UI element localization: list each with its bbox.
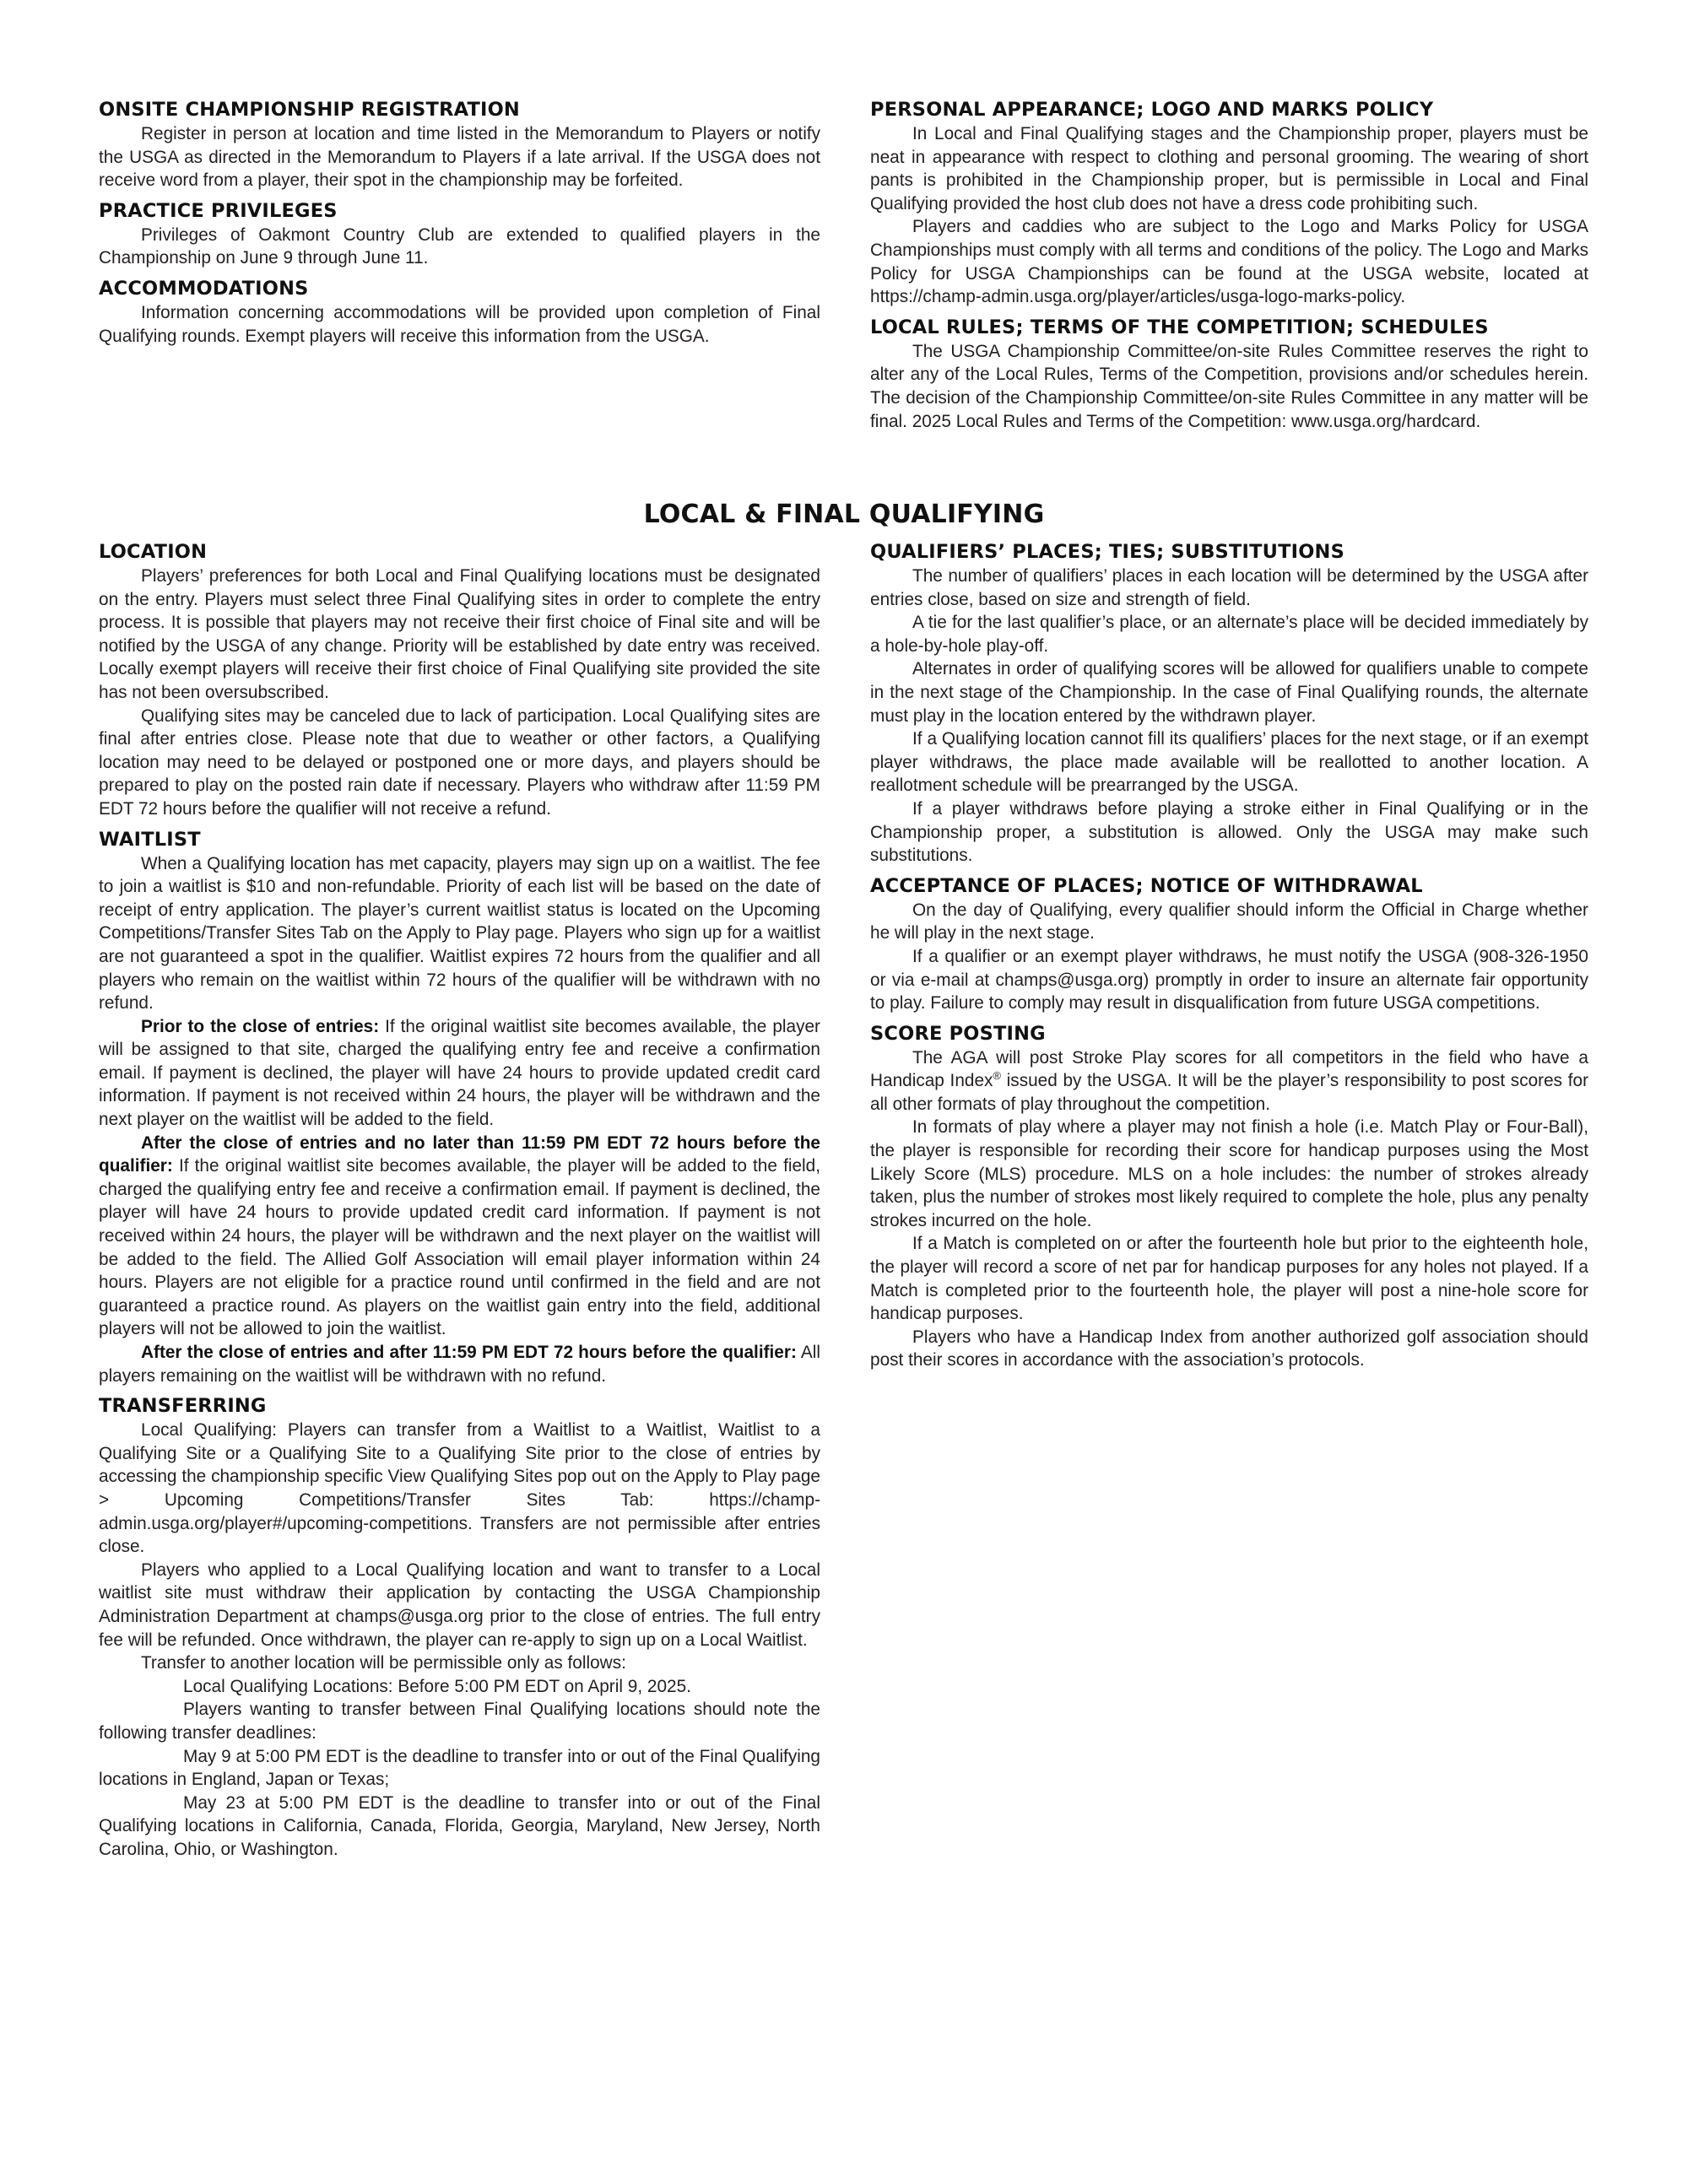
section-heading: PRACTICE PRIVILEGES: [99, 199, 820, 223]
section-waitlist: WAITLIST When a Qualifying location has …: [99, 828, 820, 1388]
section-paragraph: Players who have a Handicap Index from a…: [870, 1326, 1588, 1372]
section-paragraph: When a Qualifying location has met capac…: [99, 852, 820, 1015]
section-paragraph: In formats of play where a player may no…: [870, 1116, 1588, 1232]
section-heading: ACCEPTANCE OF PLACES; NOTICE OF WITHDRAW…: [870, 874, 1588, 898]
section-heading: LOCATION: [99, 540, 820, 564]
section-location: LOCATION Players’ preferences for both L…: [99, 540, 820, 821]
section-qualifiers-places: QUALIFIERS’ PLACES; TIES; SUBSTITUTIONS …: [870, 540, 1588, 868]
section-heading: QUALIFIERS’ PLACES; TIES; SUBSTITUTIONS: [870, 540, 1588, 564]
section-paragraph: On the day of Qualifying, every qualifie…: [870, 899, 1588, 945]
section-accommodations: ACCOMMODATIONS Information concerning ac…: [99, 277, 820, 348]
section-paragraph: A tie for the last qualifier’s place, or…: [870, 611, 1588, 657]
registered-mark: ®: [993, 1069, 1001, 1082]
paragraph-body: If the original waitlist site becomes av…: [99, 1156, 820, 1338]
section-personal-appearance: PERSONAL APPEARANCE; LOGO AND MARKS POLI…: [870, 98, 1588, 309]
section-paragraph: If a player withdraws before playing a s…: [870, 797, 1588, 868]
section-paragraph: Players’ preferences for both Local and …: [99, 565, 820, 705]
section-onsite-registration: ONSITE CHAMPIONSHIP REGISTRATION Registe…: [99, 98, 820, 192]
bottom-right-column: QUALIFIERS’ PLACES; TIES; SUBSTITUTIONS …: [870, 540, 1588, 1379]
section-paragraph: In Local and Final Qualifying stages and…: [870, 122, 1588, 215]
section-practice-privileges: PRACTICE PRIVILEGES Privileges of Oakmon…: [99, 199, 820, 270]
section-paragraph: After the close of entries and no later …: [99, 1132, 820, 1341]
section-paragraph: Local Qualifying Locations: Before 5:00 …: [99, 1675, 820, 1699]
paragraph-lead-bold: After the close of entries and after 11:…: [141, 1343, 797, 1362]
section-heading: LOCAL RULES; TERMS OF THE COMPETITION; S…: [870, 316, 1588, 339]
section-paragraph: Privileges of Oakmont Country Club are e…: [99, 224, 820, 270]
bottom-left-column: LOCATION Players’ preferences for both L…: [99, 540, 820, 1868]
section-paragraph: Players and caddies who are subject to t…: [870, 215, 1588, 308]
section-paragraph: The USGA Championship Committee/on-site …: [870, 340, 1588, 433]
section-paragraph: If a Match is completed on or after the …: [870, 1232, 1588, 1325]
section-transferring: TRANSFERRING Local Qualifying: Players c…: [99, 1394, 820, 1861]
section-paragraph: Players who applied to a Local Qualifyin…: [99, 1559, 820, 1652]
section-paragraph: Alternates in order of qualifying scores…: [870, 657, 1588, 727]
section-heading: ONSITE CHAMPIONSHIP REGISTRATION: [99, 98, 820, 122]
section-paragraph: If a Qualifying location cannot fill its…: [870, 727, 1588, 797]
section-heading: SCORE POSTING: [870, 1022, 1588, 1046]
section-paragraph: May 23 at 5:00 PM EDT is the deadline to…: [99, 1792, 820, 1862]
section-heading: PERSONAL APPEARANCE; LOGO AND MARKS POLI…: [870, 98, 1588, 122]
section-heading: WAITLIST: [99, 828, 820, 851]
page-title: LOCAL & FINAL QUALIFYING: [0, 500, 1688, 529]
section-heading: ACCOMMODATIONS: [99, 277, 820, 300]
section-paragraph: Prior to the close of entries: If the or…: [99, 1015, 820, 1132]
section-paragraph: If a qualifier or an exempt player withd…: [870, 945, 1588, 1015]
section-paragraph: Information concerning accommodations wi…: [99, 301, 820, 348]
section-paragraph: May 9 at 5:00 PM EDT is the deadline to …: [99, 1745, 820, 1792]
paragraph-lead-bold: Prior to the close of entries:: [141, 1017, 379, 1036]
section-paragraph: Players wanting to transfer between Fina…: [99, 1698, 820, 1744]
section-paragraph: The AGA will post Stroke Play scores for…: [870, 1046, 1588, 1116]
section-acceptance: ACCEPTANCE OF PLACES; NOTICE OF WITHDRAW…: [870, 874, 1588, 1015]
section-paragraph: Register in person at location and time …: [99, 122, 820, 192]
section-paragraph: Qualifying sites may be canceled due to …: [99, 705, 820, 821]
section-paragraph: The number of qualifiers’ places in each…: [870, 565, 1588, 611]
top-right-column: PERSONAL APPEARANCE; LOGO AND MARKS POLI…: [870, 98, 1588, 440]
section-score-posting: SCORE POSTING The AGA will post Stroke P…: [870, 1022, 1588, 1372]
section-local-rules: LOCAL RULES; TERMS OF THE COMPETITION; S…: [870, 316, 1588, 433]
section-heading: TRANSFERRING: [99, 1394, 820, 1418]
section-paragraph: After the close of entries and after 11:…: [99, 1341, 820, 1387]
section-paragraph: Local Qualifying: Players can transfer f…: [99, 1419, 820, 1559]
top-left-column: ONSITE CHAMPIONSHIP REGISTRATION Registe…: [99, 98, 820, 354]
section-paragraph: Transfer to another location will be per…: [99, 1652, 820, 1675]
